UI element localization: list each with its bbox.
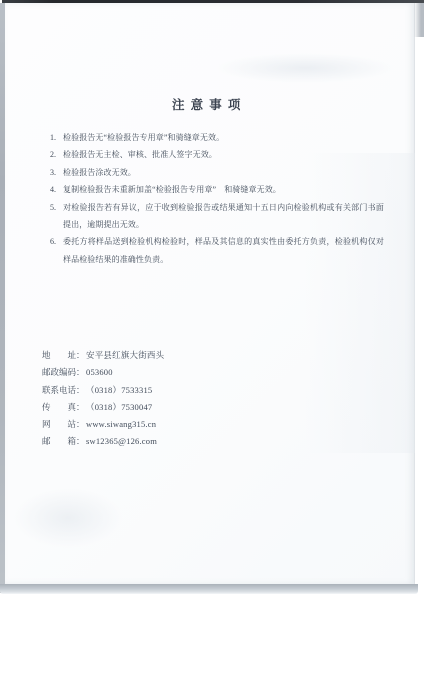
contact-value: www.siwang315.cn	[86, 416, 156, 433]
notice-item: 2. 检验报告无主检、审核、批准人签字无效。	[50, 146, 385, 163]
notice-number: 1.	[50, 129, 63, 146]
contact-value: （0318）7530047	[86, 399, 152, 416]
scanned-page: 注 意 事 项 1. 检验报告无“检验报告专用章”和骑缝章无效。 2. 检验报告…	[0, 0, 424, 594]
contact-value: 053600	[86, 364, 113, 381]
notice-item: 1. 检验报告无“检验报告专用章”和骑缝章无效。	[50, 129, 385, 146]
notice-text: 检验报告无“检验报告专用章”和骑缝章无效。	[63, 129, 384, 146]
contact-row: 邮政编码： 053600	[42, 364, 342, 381]
contact-row: 地 址： 安平县红旗大街西头	[42, 347, 342, 364]
scanner-edge-bottom	[0, 584, 418, 594]
paper-sheet	[5, 3, 415, 584]
notice-number: 2.	[50, 146, 63, 163]
scanner-edge-left	[0, 3, 5, 593]
notice-number: 5.	[50, 199, 63, 216]
notice-text: 委托方将样品送到检验机构检验时，样品及其信息的真实性由委托方负责，检验机构仅对样…	[63, 233, 384, 268]
contact-info-block: 地 址： 安平县红旗大街西头 邮政编码： 053600 联系电话： （0318）…	[42, 347, 342, 451]
notice-number: 3.	[50, 164, 63, 181]
contact-value: sw12365@126.com	[86, 433, 157, 450]
page-title: 注 意 事 项	[0, 95, 414, 113]
scan-artifact	[13, 488, 123, 548]
contact-label: 邮 箱：	[42, 433, 86, 450]
contact-label: 地 址：	[42, 347, 86, 364]
notice-number: 4.	[50, 181, 63, 198]
scan-artifact	[215, 53, 395, 83]
notice-text: 检验报告涂改无效。	[63, 164, 384, 181]
notice-list: 1. 检验报告无“检验报告专用章”和骑缝章无效。 2. 检验报告无主检、审核、批…	[50, 129, 385, 268]
notice-item: 6. 委托方将样品送到检验机构检验时，样品及其信息的真实性由委托方负责，检验机构…	[50, 233, 385, 268]
contact-row: 联系电话： （0318）7533315	[42, 382, 342, 399]
notice-item: 4. 复制检验报告未重新加盖“检验报告专用章” 和骑缝章无效。	[50, 181, 385, 198]
contact-label: 联系电话：	[42, 382, 86, 399]
notice-text: 复制检验报告未重新加盖“检验报告专用章” 和骑缝章无效。	[63, 181, 384, 198]
scanner-edge-top	[2, 0, 424, 3]
contact-label: 邮政编码：	[42, 364, 86, 381]
notice-item: 5. 对检验报告若有异议，应于收到检验报告或结果通知十五日内向检验机构或有关部门…	[50, 199, 385, 234]
contact-label: 传 真：	[42, 399, 86, 416]
notice-item: 3. 检验报告涂改无效。	[50, 164, 385, 181]
contact-row: 邮 箱： sw12365@126.com	[42, 433, 342, 450]
contact-value: 安平县红旗大街西头	[86, 347, 164, 364]
contact-row: 网 站： www.siwang315.cn	[42, 416, 342, 433]
contact-label: 网 站：	[42, 416, 86, 433]
contact-value: （0318）7533315	[86, 382, 152, 399]
notice-text: 对检验报告若有异议，应于收到检验报告或结果通知十五日内向检验机构或有关部门书面提…	[63, 199, 384, 234]
notice-number: 6.	[50, 233, 63, 250]
scanner-edge-right	[414, 3, 424, 37]
notice-text: 检验报告无主检、审核、批准人签字无效。	[63, 146, 384, 163]
scanned-document: { "page": { "title": "注 意 事 项", "notes":…	[0, 0, 424, 700]
contact-row: 传 真： （0318）7530047	[42, 399, 342, 416]
